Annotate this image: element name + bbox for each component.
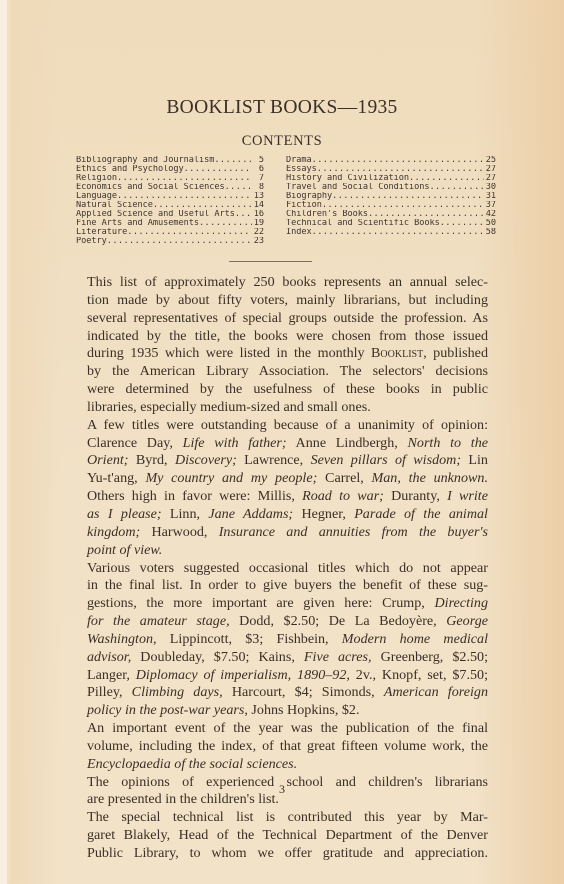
text-line: Pilley, Climbing days, Harcourt, $4; Sim… [73,684,488,702]
toc-entry: Applied Science and Useful Arts16 [76,210,264,219]
text-run: , published [423,345,488,361]
book-title: Orient; [87,452,129,468]
toc-leader [235,210,252,219]
toc-entry: Biography31 [286,192,496,201]
toc-entry: Fiction37 [286,201,496,210]
toc-entry: Index58 [286,228,496,237]
book-title: kingdom; [87,524,140,540]
toc-leader [184,165,252,174]
toc-leader [312,156,484,165]
paragraph-3: Various voters suggested occasional titl… [73,560,488,721]
text-line: several representatives of special group… [73,310,488,328]
book-title: Insurance and annuities from the buyer's [219,524,488,540]
toc-label: Fine Arts and Amusements [76,219,199,228]
book-title: Road to war; [302,488,384,504]
text-run: gestions, the more important are given h… [87,595,435,611]
text-run: Duranty, [384,488,447,504]
text-line: Clarence Day, Life with father; Anne Lin… [73,435,488,453]
toc-label: Drama [286,156,312,165]
paragraph-2: A few titles were outstanding because of… [73,417,488,560]
toc-label: Natural Science [76,201,153,210]
text-line: by the American Library Association. The… [73,363,488,381]
text-run: Pilley, [87,684,132,700]
text-run: Anne Lindbergh, [287,435,408,451]
book-title: Diplomacy of imperialism, 1890–92, [136,667,350,683]
book-title: American foreign [384,684,488,700]
text-run: Lawrence, [237,452,311,468]
text-line: Washington, Lippincott, $3; Fishbein, Mo… [73,631,488,649]
toc-entry: History and Civilization27 [286,174,496,183]
toc-leader [322,201,484,210]
toc-entry: Ethics and Psychology6 [76,165,264,174]
text-run: Clarence Day, [87,435,183,451]
text-run: Carrel, [317,470,371,486]
text-line: kingdom; Harwood, Insurance and annuitie… [73,524,488,542]
toc-leader [153,201,252,210]
toc-page: 22 [252,228,264,237]
text-run: Yu-t'ang, [87,470,145,486]
page-number: 3 [0,782,564,797]
toc-label: Ethics and Psychology [76,165,184,174]
toc-entry: Technical and Scientific Books50 [286,219,496,228]
text-run: Hegner, [293,506,354,522]
book-title: Directing [435,595,489,611]
toc-page: 7 [252,174,264,183]
toc-page: 14 [252,201,264,210]
toc-label: Technical and Scientific Books [286,219,440,228]
text-run: Linn, [162,506,209,522]
text-run: Johns Hopkins, $2. [248,702,360,718]
book-title: Jane Addams; [208,506,293,522]
book-title: policy in the post-war years, [87,702,248,718]
toc-entry: Poetry23 [76,237,264,246]
toc-page: 31 [484,192,496,201]
text-line: as I please; Linn, Jane Addams; Hegner, … [73,506,488,524]
text-line: A few titles were outstanding because of… [73,417,488,435]
toc-column-left: Bibliography and Journalism5 Ethics and … [76,156,264,246]
paragraph-4: An important event of the year was the p… [73,720,488,774]
book-title: Climbing days, [132,684,223,700]
table-of-contents: Bibliography and Journalism5 Ethics and … [76,156,496,246]
toc-leader [440,219,484,228]
text-line: Yu-t'ang, My country and my people; Carr… [73,470,488,488]
text-run: Greenberg, $2.50; [372,649,488,665]
toc-label: Applied Science and Useful Arts [76,210,235,219]
book-title: My country and my people; [145,470,317,486]
toc-page: 8 [252,183,264,192]
text-line: point of view. [73,542,488,560]
text-line: The special technical list is contribute… [73,809,488,827]
toc-label: Travel and Social Conditions [286,183,429,192]
text-line: Orient; Byrd, Discovery; Lawrence, Seven… [73,452,488,470]
text-line: indicated by the title, the books were c… [73,328,488,346]
contents-heading: CONTENTS [0,133,564,150]
toc-page: 6 [252,165,264,174]
toc-label: Economics and Social Sciences [76,183,225,192]
text-line: This list of approximately 250 books rep… [73,274,488,292]
paragraph-1: This list of approximately 250 books rep… [73,274,488,417]
text-line: during 1935 which were listed in the mon… [73,345,488,363]
toc-page: 50 [484,219,496,228]
text-line: policy in the post-war years, Johns Hopk… [73,702,488,720]
toc-entry: Travel and Social Conditions30 [286,183,496,192]
introduction-text: This list of approximately 250 books rep… [73,274,488,863]
book-title: Seven pillars of wisdom; [311,452,461,468]
book-title: Discovery; [175,452,237,468]
book-title: George [446,613,488,629]
toc-leader [312,228,484,237]
toc-entry: Essays27 [286,165,496,174]
toc-page: 58 [484,228,496,237]
text-line: were determined by the usefulness of the… [73,381,488,399]
book-title: Washington, [87,631,157,647]
text-line: advisor, Doubleday, $7.50; Kains, Five a… [73,649,488,667]
book-title: Encyclopaedia of the social sciences. [73,756,488,774]
book-title: I write [447,488,488,504]
toc-page: 5 [252,156,264,165]
text-run: Byrd, [129,452,175,468]
toc-page: 25 [484,156,496,165]
paragraph-6: The special technical list is contribute… [73,809,488,863]
text-run: Dodd, $2.50; De La Bedoyère, [230,613,447,629]
toc-entry: Literature22 [76,228,264,237]
text-run: Lippincott, $3; Fishbein, [157,631,342,647]
toc-entry: Bibliography and Journalism5 [76,156,264,165]
toc-page: 27 [484,165,496,174]
text-run: during 1935 which were listed in the mon… [87,345,371,361]
text-run: Others high in favor were: Millis, [87,488,302,504]
toc-label: Index [286,228,312,237]
text-line: Various voters suggested occasional titl… [73,560,488,578]
text-line: gestions, the more important are given h… [73,595,488,613]
toc-leader [409,174,484,183]
toc-entry: Drama25 [286,156,496,165]
toc-entry: Religion7 [76,174,264,183]
toc-label: Religion [76,174,117,183]
toc-label: Biography [286,192,332,201]
toc-entry: Natural Science14 [76,201,264,210]
toc-page: 16 [252,210,264,219]
book-title: for the amateur stage, [87,613,230,629]
toc-page: 30 [484,183,496,192]
toc-page: 37 [484,201,496,210]
toc-entry: Economics and Social Sciences8 [76,183,264,192]
book-title: Man, the unknown. [372,470,488,486]
toc-label: Literature [76,228,127,237]
toc-leader [117,192,252,201]
booklist-smallcaps: Booklist [371,345,423,361]
text-line: garet Blakely, Head of the Technical Dep… [73,827,488,845]
text-run: Lin [461,452,488,468]
text-line: volume, including the index, of that gre… [73,738,488,756]
text-line: for the amateur stage, Dodd, $2.50; De L… [73,613,488,631]
toc-entry: Fine Arts and Amusements19 [76,219,264,228]
toc-label: Bibliography and Journalism [76,156,214,165]
text-line: Langer, Diplomacy of imperialism, 1890–9… [73,667,488,685]
text-line: Public Library, to whom we offer gratitu… [73,845,488,863]
section-divider [229,261,312,262]
text-line: An important event of the year was the p… [73,720,488,738]
toc-page: 13 [252,192,264,201]
book-page: BOOKLIST BOOKS—1935 CONTENTS Bibliograph… [0,0,564,884]
toc-label: Poetry [76,237,107,246]
text-line: in the final list. In order to give buye… [73,577,488,595]
book-title: North to the [408,435,489,451]
toc-label: Essays [286,165,317,174]
text-line: Others high in favor were: Millis, Road … [73,488,488,506]
book-title: point of view. [87,542,162,558]
text-line: libraries, especially medium-sized and s… [73,399,488,417]
book-title: Five acres, [304,649,372,665]
toc-label: Fiction [286,201,322,210]
text-run: Langer, [87,667,136,683]
toc-leader [127,228,252,237]
toc-leader [368,210,484,219]
toc-entry: Children's Books42 [286,210,496,219]
toc-label: Language [76,192,117,201]
toc-leader [225,183,252,192]
book-title: advisor, [87,649,131,665]
book-title: as I please; [87,506,162,522]
text-line: tion made by about fifty voters, mainly … [73,292,488,310]
toc-leader [332,192,484,201]
toc-leader [117,174,252,183]
toc-page: 42 [484,210,496,219]
book-title: Modern home medical [342,631,488,647]
text-run: Doubleday, $7.50; Kains, [131,649,304,665]
toc-page: 19 [252,219,264,228]
toc-leader [429,183,484,192]
toc-label: Children's Books [286,210,368,219]
text-run: Harcourt, $4; Simonds, [223,684,384,700]
toc-leader [107,237,252,246]
text-run: 2v., Knopf, set, $7.50; [350,667,488,683]
toc-page: 23 [252,237,264,246]
toc-column-right: Drama25 Essays27 History and Civilizatio… [286,156,496,246]
toc-entry: Language13 [76,192,264,201]
toc-leader [199,219,252,228]
text-run: Harwood, [140,524,218,540]
toc-leader [214,156,252,165]
book-title: Parade of the animal [354,506,488,522]
toc-leader [317,165,484,174]
page-title: BOOKLIST BOOKS—1935 [0,97,564,119]
book-title: Life with father; [183,435,287,451]
toc-label: History and Civilization [286,174,409,183]
toc-page: 27 [484,174,496,183]
